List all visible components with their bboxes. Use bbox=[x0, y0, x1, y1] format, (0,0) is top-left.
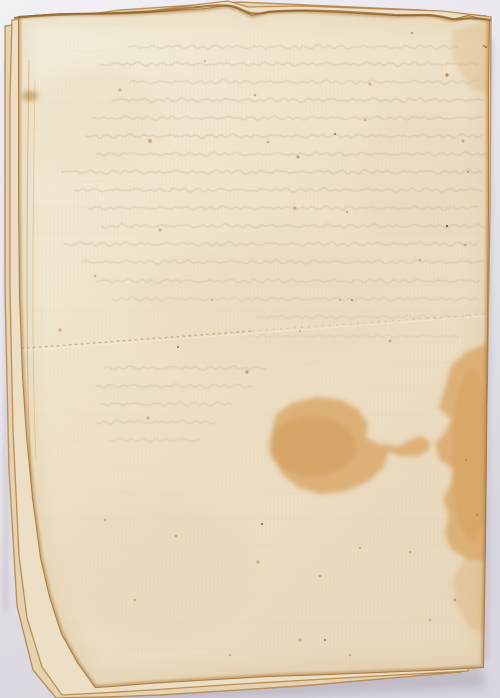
foxing-spot bbox=[134, 599, 137, 602]
foxing-spot bbox=[483, 45, 485, 47]
foxing-spot bbox=[245, 370, 248, 373]
foxing-spot bbox=[256, 560, 259, 563]
foxing-spot bbox=[369, 83, 372, 86]
manuscript-photo-canvas bbox=[0, 0, 500, 698]
foxing-spot bbox=[364, 119, 367, 122]
foxing-spot bbox=[175, 535, 178, 538]
foxing-spot bbox=[104, 519, 106, 521]
foxing-spot bbox=[462, 140, 465, 143]
foxing-spot bbox=[94, 275, 97, 278]
foxing-spot bbox=[464, 244, 467, 247]
foxing-spot bbox=[339, 299, 341, 301]
foxing-spot bbox=[267, 141, 270, 144]
ink-speck bbox=[351, 299, 353, 301]
foxing-spot bbox=[349, 654, 352, 657]
main-sheet bbox=[0, 0, 500, 698]
foxing-spot bbox=[204, 60, 206, 62]
foxing-spot bbox=[296, 155, 299, 158]
foxing-spot bbox=[298, 638, 301, 641]
ink-speck bbox=[446, 225, 448, 227]
foxing-spot bbox=[299, 330, 301, 332]
foxing-spot bbox=[476, 514, 479, 517]
ink-speck bbox=[177, 346, 179, 348]
ink-speck bbox=[324, 639, 326, 641]
foxing-spot bbox=[359, 547, 361, 549]
foxing-spot bbox=[229, 654, 231, 656]
foxing-spot bbox=[467, 171, 469, 173]
foxing-spot bbox=[419, 259, 422, 262]
foxing-spot bbox=[118, 88, 121, 91]
manuscript-photo bbox=[0, 0, 500, 698]
foxing-spot bbox=[409, 551, 412, 554]
ink-speck bbox=[261, 523, 263, 525]
foxing-spot bbox=[389, 340, 392, 343]
foxing-spot bbox=[411, 32, 414, 35]
foxing-spot bbox=[445, 73, 448, 76]
foxing-spot bbox=[58, 328, 61, 331]
foxing-spot bbox=[211, 299, 213, 301]
foxing-spot bbox=[346, 211, 348, 213]
foxing-spot bbox=[147, 417, 150, 420]
foxing-spot bbox=[465, 459, 468, 462]
foxing-spot bbox=[293, 206, 296, 209]
ink-speck bbox=[334, 133, 336, 135]
foxing-spot bbox=[454, 599, 457, 602]
foxing-spot bbox=[148, 139, 152, 143]
foxing-spot bbox=[159, 229, 162, 232]
foxing-spot bbox=[319, 575, 322, 578]
smudge-top-left bbox=[22, 91, 38, 101]
foxing-spot bbox=[429, 619, 431, 621]
foxing-spot bbox=[254, 94, 257, 97]
